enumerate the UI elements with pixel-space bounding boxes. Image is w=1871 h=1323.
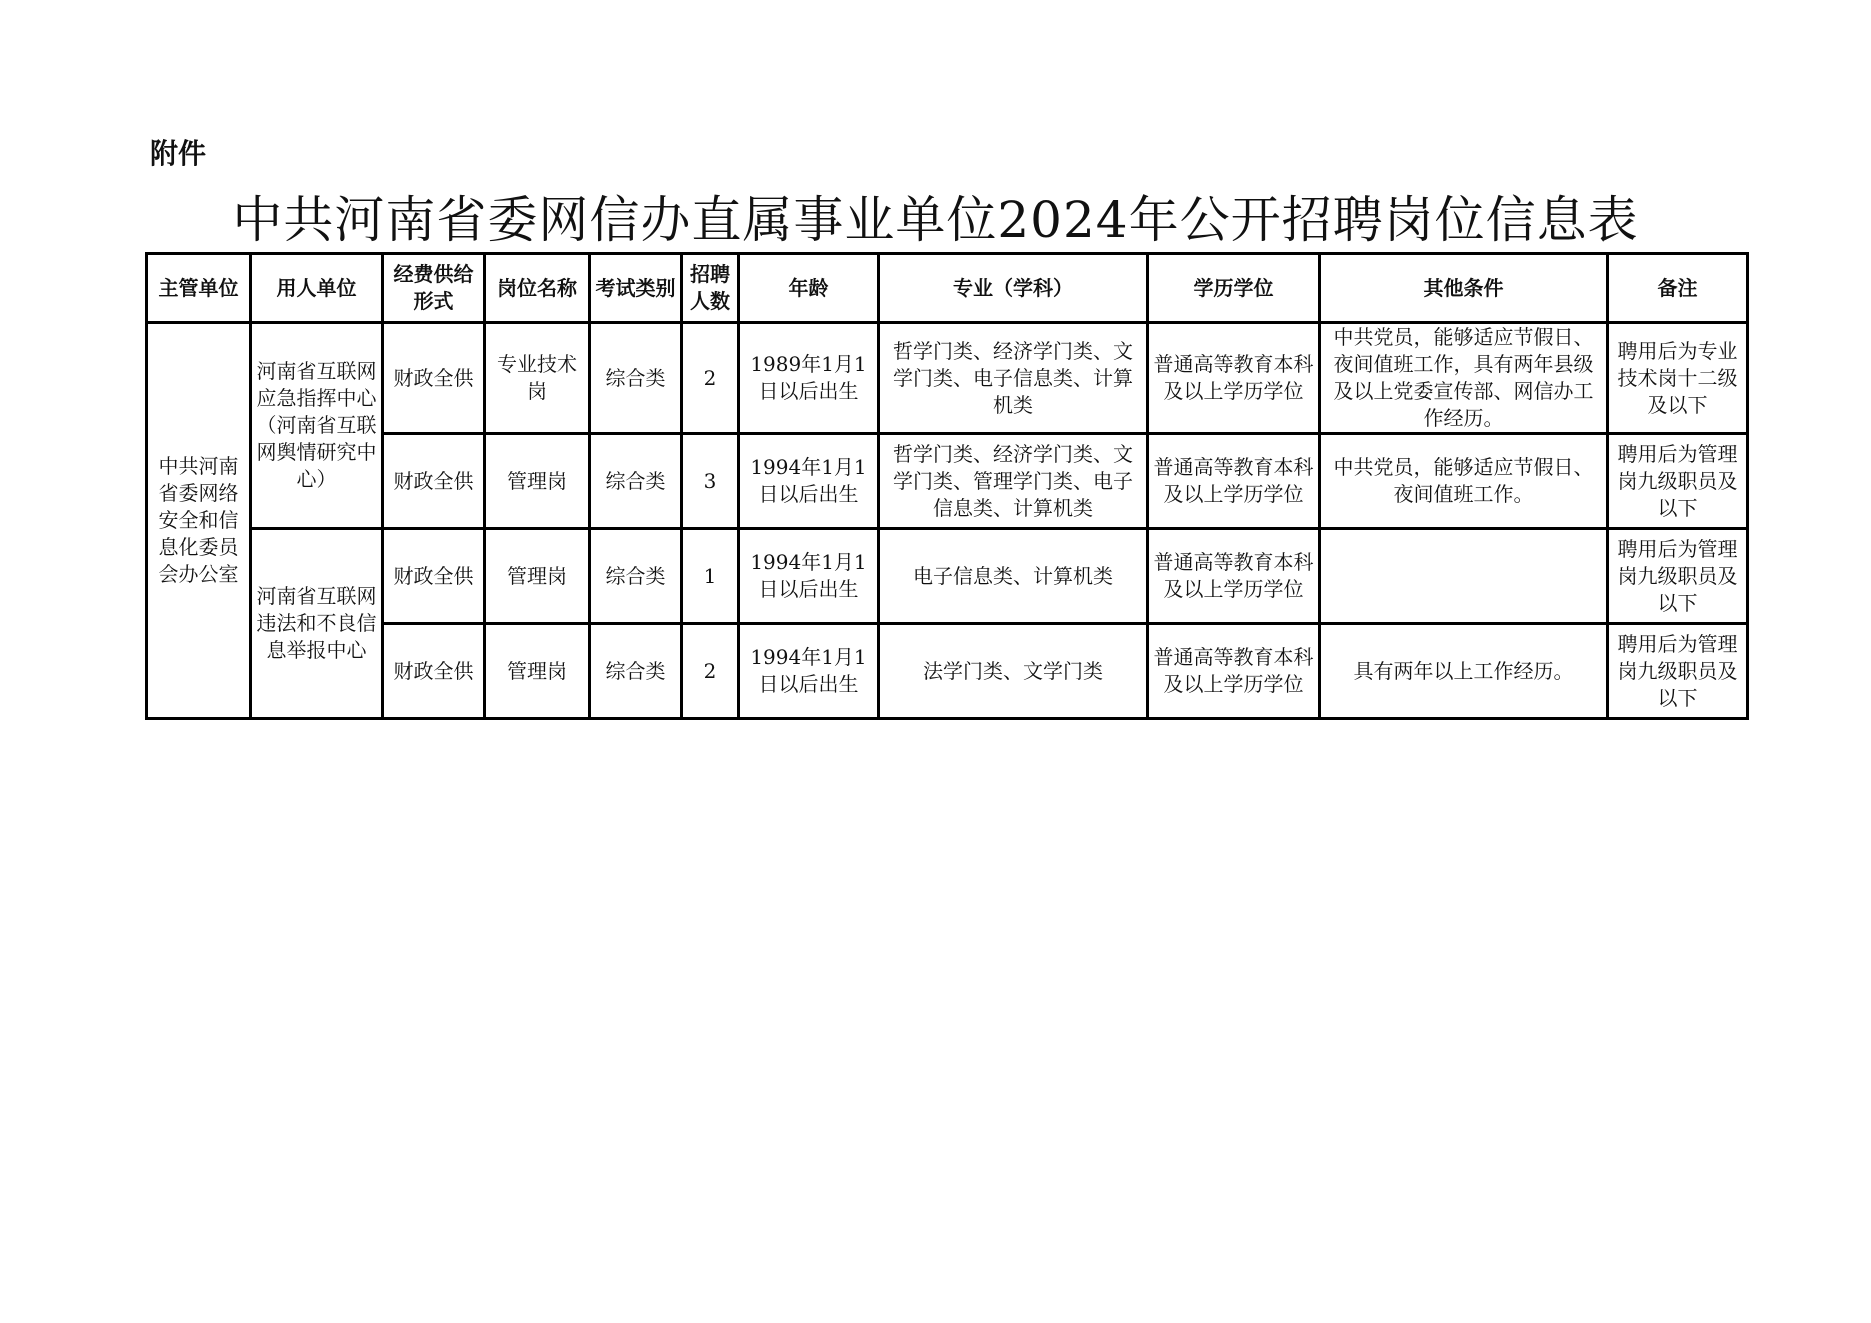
header-count: 招聘人数 <box>682 254 739 323</box>
exam-type-cell: 综合类 <box>590 624 682 719</box>
header-education: 学历学位 <box>1148 254 1320 323</box>
header-supervising-unit: 主管单位 <box>147 254 251 323</box>
recruitment-table: 主管单位 用人单位 经费供给形式 岗位名称 考试类别 招聘人数 年龄 专业（学科… <box>145 252 1749 720</box>
header-row: 主管单位 用人单位 经费供给形式 岗位名称 考试类别 招聘人数 年龄 专业（学科… <box>147 254 1748 323</box>
other-cell: 中共党员，能够适应节假日、夜间值班工作。 <box>1320 434 1608 529</box>
table-row: 河南省互联网违法和不良信息举报中心 财政全供 管理岗 综合类 1 1994年1月… <box>147 529 1748 624</box>
exam-type-cell: 综合类 <box>590 323 682 434</box>
funding-cell: 财政全供 <box>383 529 485 624</box>
age-cell: 1994年1月1日以后出生 <box>739 434 879 529</box>
employer-cell: 河南省互联网违法和不良信息举报中心 <box>251 529 383 719</box>
header-remark: 备注 <box>1608 254 1748 323</box>
education-cell: 普通高等教育本科及以上学历学位 <box>1148 434 1320 529</box>
position-cell: 管理岗 <box>485 434 590 529</box>
position-cell: 管理岗 <box>485 529 590 624</box>
table-row: 中共河南省委网络安全和信息化委员会办公室 河南省互联网应急指挥中心（河南省互联网… <box>147 323 1748 434</box>
age-cell: 1989年1月1日以后出生 <box>739 323 879 434</box>
header-employer: 用人单位 <box>251 254 383 323</box>
age-cell: 1994年1月1日以后出生 <box>739 529 879 624</box>
table-row: 财政全供 管理岗 综合类 2 1994年1月1日以后出生 法学门类、文学门类 普… <box>147 624 1748 719</box>
header-exam-type: 考试类别 <box>590 254 682 323</box>
major-cell: 电子信息类、计算机类 <box>879 529 1148 624</box>
remark-cell: 聘用后为专业技术岗十二级及以下 <box>1608 323 1748 434</box>
other-cell <box>1320 529 1608 624</box>
exam-type-cell: 综合类 <box>590 434 682 529</box>
employer-cell: 河南省互联网应急指挥中心（河南省互联网舆情研究中心） <box>251 323 383 529</box>
count-cell: 3 <box>682 434 739 529</box>
header-funding: 经费供给形式 <box>383 254 485 323</box>
exam-type-cell: 综合类 <box>590 529 682 624</box>
header-position: 岗位名称 <box>485 254 590 323</box>
education-cell: 普通高等教育本科及以上学历学位 <box>1148 529 1320 624</box>
remark-cell: 聘用后为管理岗九级职员及以下 <box>1608 529 1748 624</box>
supervising-unit-cell: 中共河南省委网络安全和信息化委员会办公室 <box>147 323 251 719</box>
header-age: 年龄 <box>739 254 879 323</box>
age-cell: 1994年1月1日以后出生 <box>739 624 879 719</box>
remark-cell: 聘用后为管理岗九级职员及以下 <box>1608 624 1748 719</box>
education-cell: 普通高等教育本科及以上学历学位 <box>1148 624 1320 719</box>
header-major: 专业（学科） <box>879 254 1148 323</box>
funding-cell: 财政全供 <box>383 434 485 529</box>
count-cell: 2 <box>682 624 739 719</box>
count-cell: 2 <box>682 323 739 434</box>
funding-cell: 财政全供 <box>383 323 485 434</box>
major-cell: 哲学门类、经济学门类、文学门类、管理学门类、电子信息类、计算机类 <box>879 434 1148 529</box>
remark-cell: 聘用后为管理岗九级职员及以下 <box>1608 434 1748 529</box>
position-cell: 专业技术岗 <box>485 323 590 434</box>
position-cell: 管理岗 <box>485 624 590 719</box>
count-cell: 1 <box>682 529 739 624</box>
major-cell: 法学门类、文学门类 <box>879 624 1148 719</box>
education-cell: 普通高等教育本科及以上学历学位 <box>1148 323 1320 434</box>
header-other: 其他条件 <box>1320 254 1608 323</box>
table-row: 财政全供 管理岗 综合类 3 1994年1月1日以后出生 哲学门类、经济学门类、… <box>147 434 1748 529</box>
attachment-label: 附件 <box>150 132 206 172</box>
other-cell: 中共党员，能够适应节假日、夜间值班工作，具有两年县级及以上党委宣传部、网信办工作… <box>1320 323 1608 434</box>
other-cell: 具有两年以上工作经历。 <box>1320 624 1608 719</box>
funding-cell: 财政全供 <box>383 624 485 719</box>
major-cell: 哲学门类、经济学门类、文学门类、电子信息类、计算机类 <box>879 323 1148 434</box>
document-title: 中共河南省委网信办直属事业单位2024年公开招聘岗位信息表 <box>0 180 1871 252</box>
